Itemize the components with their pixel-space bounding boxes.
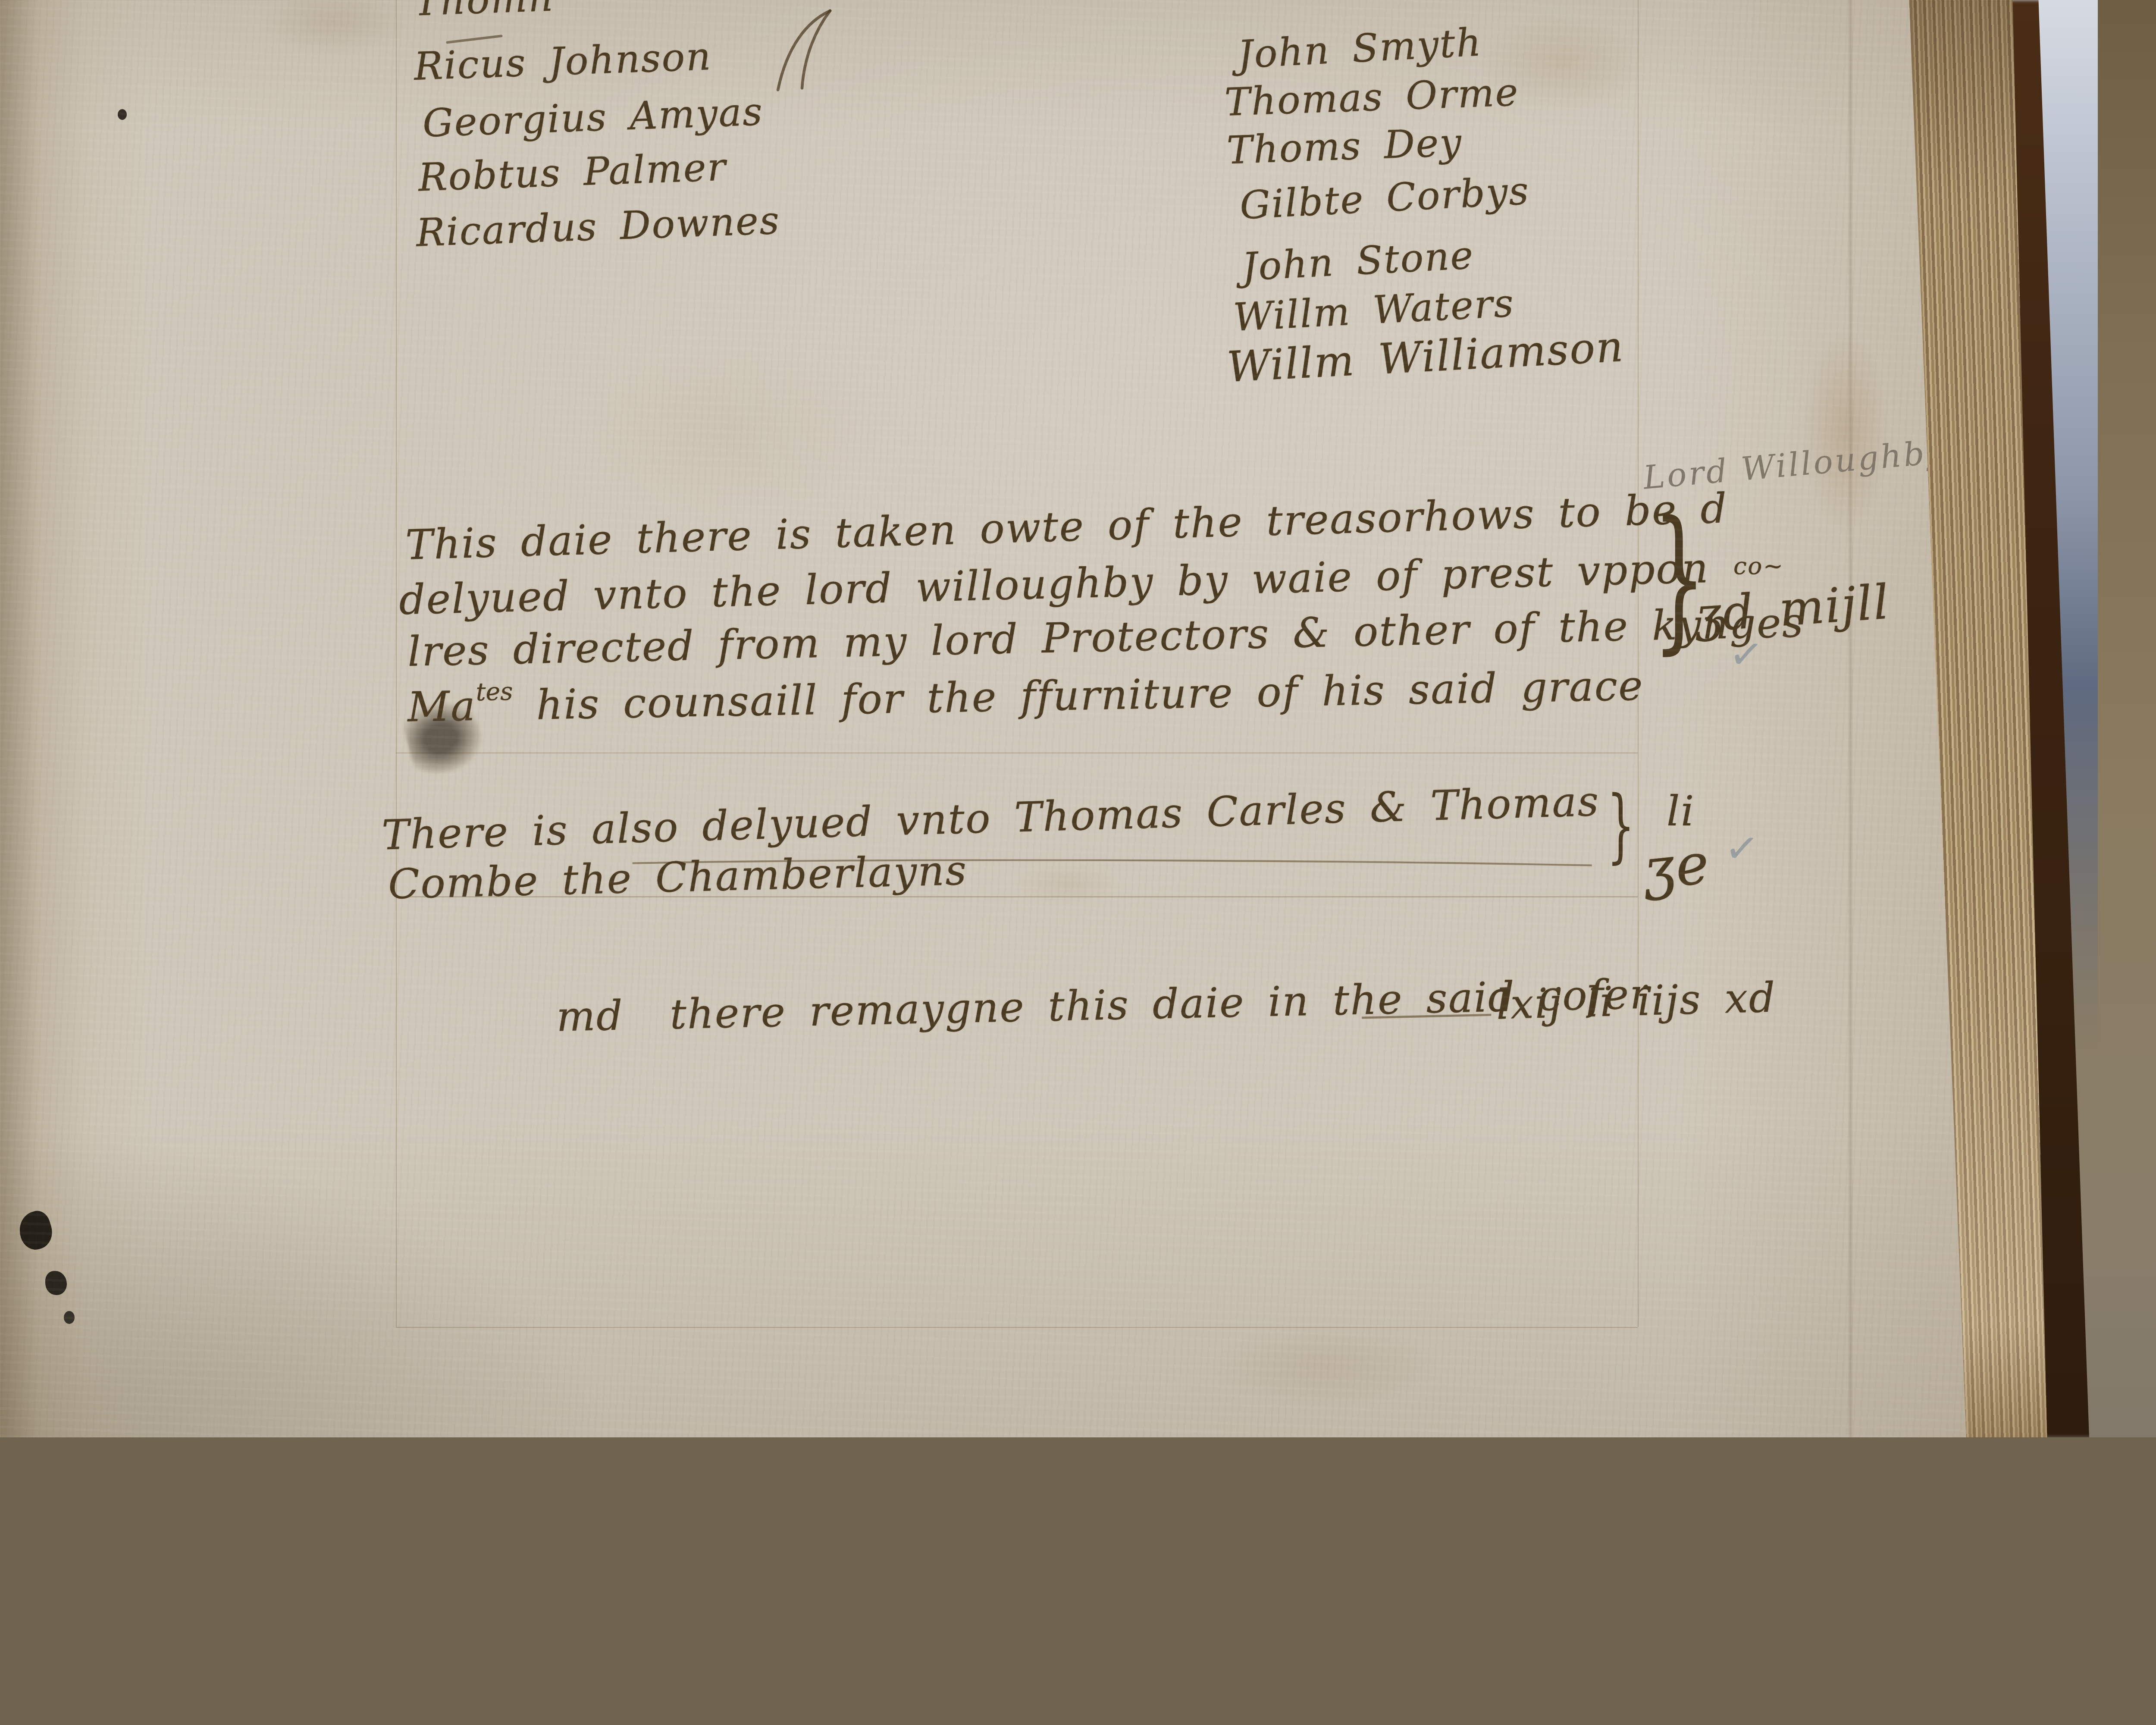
manuscript-photo: Thomn Ricus Johnson Georgius Amyas Robtu…: [0, 0, 2156, 1437]
entry-line-prefix: Ma: [407, 683, 476, 731]
pencil-check-icon: ✓: [1727, 629, 1766, 680]
entry-amount: lxij li iijs xd: [1496, 974, 1777, 1029]
abbreviation-superscript: tes: [476, 677, 513, 706]
entry-prefix: md: [556, 992, 624, 1041]
margin-amount-top: li: [1667, 788, 1695, 835]
name-entry: Thoms Dey: [1226, 119, 1463, 172]
pencil-check-icon: ✓: [1722, 823, 1761, 874]
margin-mark: co~: [1733, 552, 1784, 580]
margin-amount-bottom: ʒe: [1639, 831, 1713, 903]
brace-mark: }: [1607, 782, 1635, 870]
manuscript-page: Thomn Ricus Johnson Georgius Amyas Robtu…: [0, 0, 2156, 1437]
